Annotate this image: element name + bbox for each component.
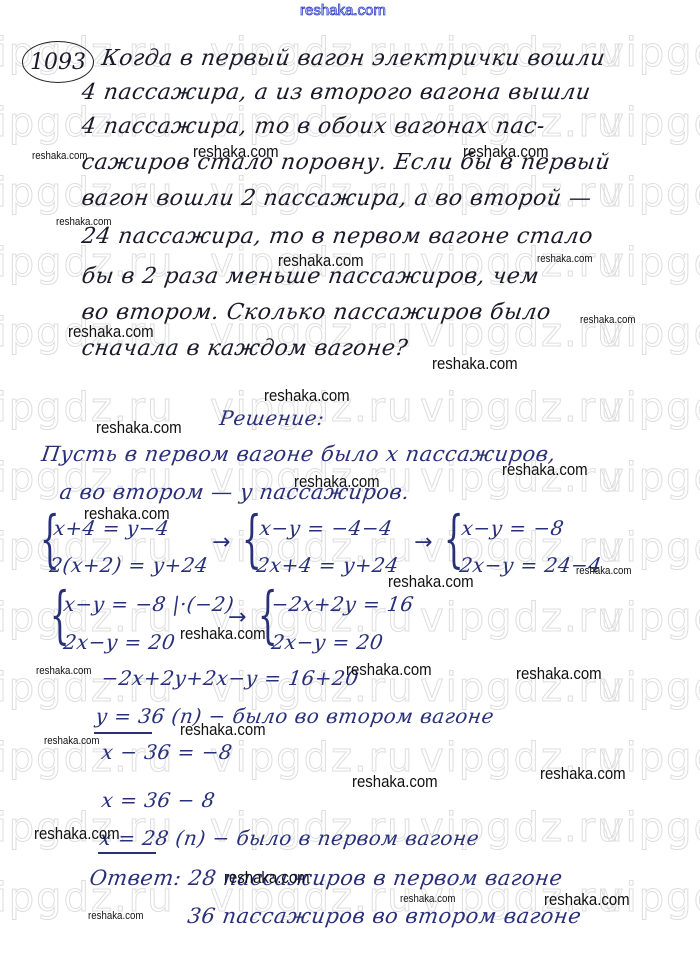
site-watermark: reshaka.com	[400, 893, 455, 905]
background-watermark: vipgdz	[600, 385, 700, 431]
result-underline	[94, 732, 152, 734]
site-watermark: reshaka.com	[388, 572, 474, 592]
site-watermark: reshaka.com	[352, 772, 438, 792]
site-watermark: reshaka.com	[278, 251, 364, 271]
equation: x−y = −8	[460, 516, 566, 540]
solution-step: y = 36 (п) − было во втором вагоне	[94, 704, 496, 728]
site-watermark: reshaka.com	[516, 664, 602, 684]
problem-number: 1093	[22, 41, 94, 83]
solution-step: x = 36 − 8	[100, 788, 217, 812]
site-watermark: reshaka.com	[502, 460, 588, 480]
top-watermark: reshaka.com	[300, 2, 386, 19]
site-watermark: reshaka.com	[44, 735, 99, 747]
result-underline	[98, 852, 156, 854]
background-watermark: vipgdz	[600, 240, 700, 286]
problem-line: вагон вошли 2 пассажира, а во второй —	[80, 186, 593, 211]
background-watermark: vipgdz	[600, 455, 700, 501]
background-watermark: vipgdz	[600, 100, 700, 146]
answer-line: Ответ: 28 пассажиров в первом вагоне	[88, 866, 564, 890]
scanned-solution-page: vipgdz.ruvipgdz.ruvipgdz.ruvipgdzvipgdz.…	[0, 0, 700, 954]
background-watermark: vipgdz	[600, 595, 700, 641]
site-watermark: reshaka.com	[224, 868, 310, 888]
equation: −2x+2y = 16	[270, 592, 415, 616]
problem-line: Когда в первый вагон электрички вошли	[100, 46, 607, 71]
background-watermark: vipgdz.ru	[420, 595, 624, 641]
equation: 2x−y = 20	[62, 630, 177, 654]
background-watermark: vipgdz	[600, 30, 700, 76]
solution-step: −2x+2y+2x−y = 16+20	[100, 666, 360, 690]
solution-step: x = 28 (п) − было в первом вагоне	[98, 826, 481, 850]
solution-heading: Решение:	[218, 406, 326, 430]
answer-line: 36 пассажиров во втором вагоне	[186, 904, 583, 928]
site-watermark: reshaka.com	[96, 418, 182, 438]
site-watermark: reshaka.com	[36, 665, 91, 677]
problem-line: 24 пассажира, то в первом вагоне стало	[80, 224, 595, 249]
equation: 2(x+2) = y+24	[48, 553, 210, 577]
equation: 2x+4 = y+24	[255, 553, 400, 577]
background-watermark: vipgdz.ru	[420, 385, 624, 431]
site-watermark: reshaka.com	[193, 142, 279, 162]
arrow-icon: →	[414, 530, 432, 555]
problem-line: 4 пассажира, а из второго вагона вышли	[80, 80, 592, 105]
site-watermark: reshaka.com	[544, 890, 630, 910]
site-watermark: reshaka.com	[84, 504, 170, 524]
problem-number-text: 1093	[30, 50, 86, 75]
equation: 2x−y = 20	[270, 630, 385, 654]
site-watermark: reshaka.com	[537, 253, 592, 265]
site-watermark: reshaka.com	[463, 142, 549, 162]
arrow-icon: →	[212, 530, 230, 555]
site-watermark: reshaka.com	[580, 314, 635, 326]
site-watermark: reshaka.com	[88, 910, 143, 922]
site-watermark: reshaka.com	[68, 322, 154, 342]
equation: x−y = −4−4	[258, 516, 394, 540]
site-watermark: reshaka.com	[56, 216, 111, 228]
solution-intro-line: Пусть в первом вагоне было x пассажиров,	[40, 442, 557, 466]
site-watermark: reshaka.com	[294, 472, 380, 492]
site-watermark: reshaka.com	[346, 660, 432, 680]
site-watermark: reshaka.com	[180, 624, 266, 644]
site-watermark: reshaka.com	[576, 565, 631, 577]
site-watermark: reshaka.com	[540, 764, 626, 784]
solution-step: x − 36 = −8	[100, 740, 234, 764]
background-watermark: vipgdz	[600, 170, 700, 216]
site-watermark: reshaka.com	[180, 720, 266, 740]
background-watermark: vipgdz	[600, 805, 700, 851]
site-watermark: reshaka.com	[34, 824, 120, 844]
site-watermark: reshaka.com	[264, 386, 350, 406]
equation: x−y = −8 |·(−2)	[62, 592, 236, 616]
background-watermark: vipgdz	[600, 665, 700, 711]
problem-line: 4 пассажира, то в обоих вагонах пас-	[80, 114, 547, 139]
site-watermark: reshaka.com	[32, 150, 87, 162]
site-watermark: reshaka.com	[432, 354, 518, 374]
